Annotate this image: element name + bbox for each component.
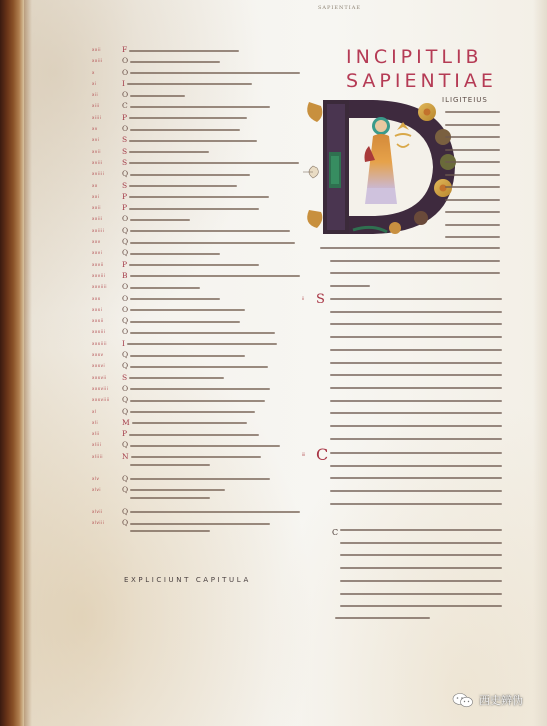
chapter-numeral: xxiii: [92, 55, 122, 63]
script-line: [340, 542, 502, 544]
chapter-entry: xxxviiS: [92, 372, 302, 383]
script-line: [330, 503, 502, 505]
chapter-numeral: xxviii: [92, 270, 122, 278]
chapter-entry: xiI: [92, 78, 302, 89]
script-line: [330, 311, 502, 313]
chapter-initial: P: [122, 192, 127, 201]
script-line: [445, 136, 500, 138]
chapter-initial: Q: [122, 407, 128, 416]
script-line: [130, 253, 220, 255]
chapter-initial: I: [122, 339, 125, 348]
script-line: [130, 61, 220, 63]
script-line: [445, 149, 500, 151]
chapter-entry: xxviiiB: [92, 270, 302, 281]
chapter-initial: P: [122, 429, 127, 438]
script-line: [130, 388, 270, 390]
chapter-initial: S: [122, 373, 127, 382]
chapter-entry: xiiO: [92, 89, 302, 100]
incipit-title: INCIPITLIB SAPIENTIAE: [346, 45, 497, 93]
chapter-entry: xviiiS: [92, 157, 302, 168]
chapter-initial: Q: [122, 226, 128, 235]
script-line: [129, 196, 269, 198]
script-line: [129, 377, 224, 379]
chapter-initial: Q: [122, 518, 128, 527]
chapter-entry: xxiiiO: [92, 55, 302, 66]
chapter-initial: O: [122, 327, 128, 336]
script-line: [330, 336, 502, 338]
chapter-numeral: xl: [92, 406, 122, 414]
script-line: [130, 523, 270, 525]
chapter-entry: xlviiQ: [92, 506, 302, 517]
incipit-line-2: SAPIENTIAE: [346, 69, 497, 93]
running-head: SAPIENTIAE: [318, 5, 361, 11]
script-line: [445, 111, 500, 113]
script-line: [130, 411, 255, 413]
script-line: [130, 95, 185, 97]
chapter-numeral: xxxi: [92, 304, 122, 312]
chapter-numeral: xxvi: [92, 247, 122, 255]
chapter-numeral: xviii: [92, 157, 122, 165]
chapter-numeral: xxi: [92, 191, 122, 199]
chapter-numeral: xxxvii: [92, 372, 122, 380]
verse-capital-s: S: [316, 292, 325, 307]
script-line: [130, 230, 290, 232]
watermark-text: 西史辨伪: [479, 692, 523, 708]
chapter-initial: Q: [122, 169, 128, 178]
chapter-entry: xviiiiQ: [92, 168, 302, 179]
chapter-numeral: xxxv: [92, 349, 122, 357]
chapter-initial: S: [122, 135, 127, 144]
script-line: [129, 151, 209, 153]
script-line: [130, 464, 210, 466]
script-line: [445, 236, 500, 238]
script-line: [130, 366, 268, 368]
chapter-initial: P: [122, 203, 127, 212]
script-line: [445, 174, 500, 176]
script-line: [340, 554, 502, 556]
chapter-numeral: xviiii: [92, 168, 122, 176]
chapter-numeral: xxxii: [92, 315, 122, 323]
chapter-initial: B: [122, 271, 128, 280]
script-line: [129, 162, 299, 164]
script-line: [340, 580, 502, 582]
chapter-numeral: xliiii: [92, 451, 122, 459]
chapter-numeral: xliii: [92, 439, 122, 447]
chapter-initial: S: [122, 181, 127, 190]
chapter-entry: xO: [92, 67, 302, 78]
chapter-entry: xxviiiiO: [92, 281, 302, 292]
chapter-initial: Q: [122, 474, 128, 483]
script-line: [330, 272, 500, 274]
chapter-text: Q: [122, 517, 302, 530]
chapter-numeral: xi: [92, 78, 122, 86]
chapter-entry: xiiiiP: [92, 112, 302, 123]
script-line: [130, 106, 270, 108]
script-line: [330, 400, 502, 402]
verse-capital-c: C: [316, 445, 328, 464]
chapter-initial: Q: [122, 237, 128, 246]
script-line: [130, 489, 225, 491]
chapter-initial: O: [122, 90, 128, 99]
verse-capital-c-2: C: [332, 528, 338, 537]
chapter-numeral: xxvii: [92, 259, 122, 267]
chapter-numeral: xxviiii: [92, 281, 122, 289]
chapter-entry: xxviQ: [92, 247, 302, 258]
chapter-initial: S: [122, 147, 127, 156]
chapter-numeral: xli: [92, 417, 122, 425]
script-line: [445, 224, 500, 226]
chapter-initial: S: [122, 158, 127, 167]
script-line: [340, 605, 502, 607]
chapter-initial: Q: [122, 440, 128, 449]
script-line: [130, 445, 280, 447]
chapter-initial: I: [122, 79, 125, 88]
chapter-numeral: xlii: [92, 428, 122, 436]
chapter-entry: xxxviQ: [92, 360, 302, 371]
chapter-initial: C: [122, 101, 128, 110]
script-line: [445, 211, 500, 213]
chapter-text: Q: [122, 484, 302, 497]
chapter-numeral: xxx: [92, 293, 122, 301]
chapter-entry: xxxviiiO: [92, 383, 302, 394]
chapter-initial: P: [122, 113, 127, 122]
chapter-initial: O: [122, 214, 128, 223]
script-line: [330, 425, 502, 427]
chapter-numeral: xxxiii: [92, 326, 122, 334]
chapter-initial: Q: [122, 485, 128, 494]
margin-numeral: ii: [302, 296, 304, 301]
chapter-entry: xxiiiiQ: [92, 225, 302, 236]
chapter-entry: xxxviiiiQ: [92, 394, 302, 405]
chapter-numeral: xvii: [92, 146, 122, 154]
chapter-numeral: xiii: [92, 100, 122, 108]
script-line: [130, 72, 300, 74]
script-line: [130, 530, 210, 532]
script-line: [330, 362, 502, 364]
chapter-entry: xviS: [92, 134, 302, 145]
watermark: 西史辨伪: [452, 692, 523, 708]
page-edge: [533, 0, 547, 726]
script-line: [127, 83, 252, 85]
chapter-numeral: x: [92, 67, 122, 75]
script-line: [445, 161, 500, 163]
chapter-numeral: xii: [92, 89, 122, 97]
chapter-numeral: xxv: [92, 236, 122, 244]
chapter-entry: xxxiiiiI: [92, 338, 302, 349]
chapter-numeral: xxxiiii: [92, 338, 122, 346]
chapter-initial: O: [122, 384, 128, 393]
chapter-entry: xlviQ: [92, 484, 302, 506]
script-line: [335, 617, 430, 619]
explicit-capitula: EXPLICIUNT CAPITULA: [124, 576, 251, 584]
chapter-entry: xxxiiiO: [92, 326, 302, 337]
script-line: [445, 186, 500, 188]
script-line: [330, 374, 502, 376]
script-line: [130, 400, 265, 402]
script-line: [132, 422, 247, 424]
chapter-entry: xxiiF: [92, 44, 302, 55]
script-line: [330, 298, 502, 300]
first-line-capitals: ILIGITEIUS: [442, 96, 488, 104]
illuminated-initial-d: [303, 92, 465, 242]
chapter-initial: Q: [122, 316, 128, 325]
chapter-entry: xliiP: [92, 428, 302, 439]
chapter-numeral: xxiii: [92, 213, 122, 221]
chapter-numeral: xxxviiii: [92, 394, 122, 402]
chapter-entry: xxiP: [92, 191, 302, 202]
script-line: [130, 332, 275, 334]
script-line: [129, 50, 239, 52]
chapter-entry: xliiiQ: [92, 439, 302, 450]
chapter-numeral: xxxvi: [92, 360, 122, 368]
script-line: [330, 438, 502, 440]
chapter-numeral: xxii: [92, 44, 122, 52]
script-line: [330, 323, 502, 325]
script-line: [131, 456, 261, 458]
chapter-text: N: [122, 451, 302, 464]
chapter-entry: xxiiiO: [92, 213, 302, 224]
script-line: [330, 477, 502, 479]
chapter-entry: xvO: [92, 123, 302, 134]
script-line: [330, 260, 500, 262]
script-line: [340, 529, 502, 531]
script-line: [129, 185, 237, 187]
script-line: [130, 511, 300, 513]
chapter-entry: xxxiO: [92, 304, 302, 315]
script-line: [130, 497, 210, 499]
chapter-numeral: xxxviii: [92, 383, 122, 391]
script-line: [129, 434, 259, 436]
chapter-initial: O: [122, 305, 128, 314]
chapter-entry: xliM: [92, 417, 302, 428]
chapter-initial: Q: [122, 248, 128, 257]
script-line: [130, 298, 220, 300]
chapter-initial: F: [122, 45, 127, 54]
chapter-initial: O: [122, 124, 128, 133]
script-line: [129, 208, 259, 210]
script-line: [330, 490, 502, 492]
chapter-initial: Q: [122, 507, 128, 516]
chapter-entry: xliiiiN: [92, 451, 302, 473]
incipit-line-1: INCIPITLIB: [346, 45, 497, 69]
script-line: [330, 285, 370, 287]
chapter-initial: O: [122, 282, 128, 291]
chapter-numeral: xxii: [92, 202, 122, 210]
script-line: [130, 219, 190, 221]
chapter-numeral: xlviii: [92, 517, 122, 525]
chapter-numeral: xiiii: [92, 112, 122, 120]
script-line: [127, 343, 277, 345]
chapter-numeral: xx: [92, 180, 122, 188]
chapter-initial: O: [122, 68, 128, 77]
chapter-initial: Q: [122, 361, 128, 370]
script-line: [340, 593, 502, 595]
chapter-initial: Q: [122, 395, 128, 404]
script-line: [330, 452, 502, 454]
chapter-numeral: xlv: [92, 473, 122, 481]
chapter-numeral: xv: [92, 123, 122, 131]
script-line: [330, 412, 502, 414]
chapter-numeral: xvi: [92, 134, 122, 142]
script-line: [130, 287, 200, 289]
chapter-entry: xxxvQ: [92, 349, 302, 360]
script-line: [130, 174, 250, 176]
chapter-entry: xlvQ: [92, 473, 302, 484]
script-line: [129, 140, 257, 142]
chapter-initial: P: [122, 260, 127, 269]
chapter-entry: xviiS: [92, 146, 302, 157]
chapter-numeral: xxiiii: [92, 225, 122, 233]
chapter-entry: xxvQ: [92, 236, 302, 247]
script-line: [129, 264, 259, 266]
wechat-icon: [452, 692, 474, 708]
margin-numeral: iii: [302, 452, 305, 457]
script-line: [130, 355, 245, 357]
chapter-entry: xxS: [92, 180, 302, 191]
script-line: [130, 275, 300, 277]
chapter-numeral: xlvii: [92, 506, 122, 514]
book-spine: [0, 0, 24, 726]
script-line: [129, 117, 247, 119]
chapter-entry: xlviiiQ: [92, 517, 302, 539]
chapter-initial: O: [122, 56, 128, 65]
chapter-entry: xlQ: [92, 406, 302, 417]
chapter-list: xxiiFxxiiiOxOxiIxiiOxiiiCxiiiiPxvOxviSxv…: [92, 44, 302, 539]
chapter-entry: xiiiC: [92, 100, 302, 111]
script-line: [445, 124, 500, 126]
script-line: [130, 242, 295, 244]
script-line: [320, 247, 500, 249]
chapter-entry: xxxO: [92, 293, 302, 304]
chapter-initial: O: [122, 294, 128, 303]
chapter-numeral: xlvi: [92, 484, 122, 492]
manuscript-page: SAPIENTIAE xxiiFxxiiiOxOxiIxiiOxiiiCxiii…: [0, 0, 547, 726]
chapter-entry: xxviiP: [92, 259, 302, 270]
chapter-initial: Q: [122, 350, 128, 359]
script-line: [330, 465, 502, 467]
script-line: [130, 478, 270, 480]
script-line: [130, 321, 240, 323]
script-line: [330, 387, 502, 389]
chapter-entry: xxiiP: [92, 202, 302, 213]
script-line: [330, 349, 502, 351]
chapter-initial: M: [122, 418, 130, 427]
script-line: [340, 567, 502, 569]
script-line: [130, 129, 240, 131]
chapter-entry: xxxiiQ: [92, 315, 302, 326]
script-line: [130, 309, 245, 311]
chapter-initial: N: [122, 452, 129, 461]
script-line: [445, 199, 500, 201]
gutter-shadow: [24, 0, 32, 726]
